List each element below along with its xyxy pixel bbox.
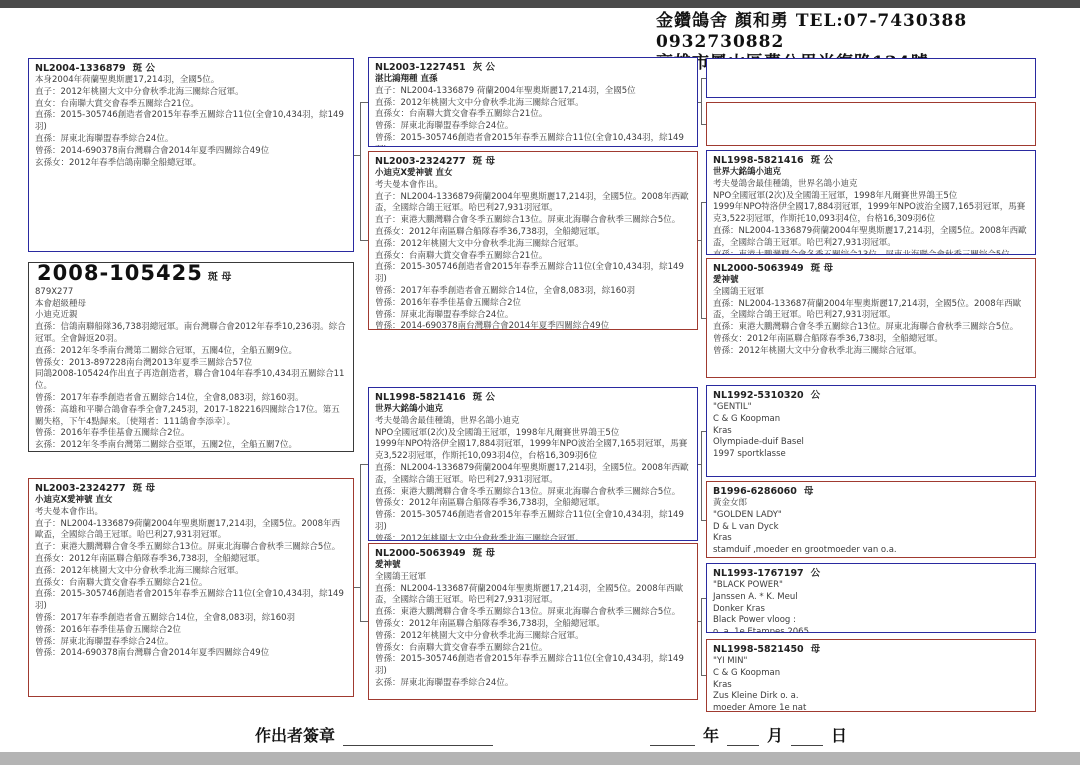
text-line: 玄孫：2012年冬季南台灣第二關綜合亞軍，五關2位，全船五關7位。 <box>35 440 347 452</box>
achievement-lines: "BLACK POWER"Janssen A. * K. MeulDonker … <box>713 580 1029 633</box>
text-line: 曾孫女：2012年南區聯合船隊春季36,738羽，全船總冠軍。 <box>713 334 1029 346</box>
sex-label: 斑 母 <box>133 483 155 494</box>
text-line: "GOLDEN LADY" <box>713 510 1029 522</box>
ring-number: 2008-105425斑 母 <box>37 268 347 285</box>
ring-text: NL1998-5821416 <box>375 392 466 403</box>
text-line: 曾孫：2017年春季創造者會五關綜合14位，全會8,083羽，綜160羽 <box>35 613 347 625</box>
ring-number: NL1998-5821450母 <box>713 643 1029 656</box>
pedigree-box-dam-sire: NL1998-5821416斑 公 世界大銘鴿小迪克 考夫曼鴿舍最佳種鴿，世界名… <box>368 387 698 541</box>
ring-text: NL2003-2324277 <box>375 156 466 167</box>
text-line: 曾孫：屏東北海聯盟春季綜合24位。 <box>375 310 691 322</box>
pedigree-box-dam-dam-sire: NL1993-1767197公 "BLACK POWER"Janssen A. … <box>706 563 1036 633</box>
ring-number: B1996-6286060母 <box>713 485 1029 498</box>
text-line: stamduif ,moeder en grootmoeder van o.a. <box>713 545 1029 557</box>
pedigree-box-dam-sire-sire: NL1992-5310320公 "GENTIL"C & G KoopmanKra… <box>706 385 1036 477</box>
connector-line <box>360 102 368 103</box>
pigeon-name: 愛神號 <box>713 275 1029 287</box>
connector-line <box>360 240 368 241</box>
connector-line <box>701 202 706 203</box>
text-line: 曾孫：2015-305746創造者會2015年春季五關綜合11位(全會10,43… <box>375 654 691 678</box>
text-line: 黃金女郎 <box>713 498 1029 510</box>
signature-label: 作出者簽章 <box>255 726 335 745</box>
pedigree-box-sire: NL2004-1336879斑 公 本身2004年荷蘭聖奧斯麗17,214羽，全… <box>28 58 354 252</box>
text-line: Kras <box>713 533 1029 545</box>
ring-text: NL2000-5063949 <box>375 548 466 559</box>
ring-text: NL1998-5821450 <box>713 644 804 655</box>
pigeon-name: 世界大銘鴿小迪克 <box>375 404 691 416</box>
achievement-lines: 全國鴿王冠軍直孫：NL2004-133687荷蘭2004年聖奧斯麗17,214羽… <box>713 287 1029 358</box>
text-line: 直孫女：台南聯大賞交會春季五關綜合21位。 <box>375 109 691 121</box>
text-line: 直孫：2015-305746創造者會2015年春季五關綜合11位(全會10,43… <box>35 589 347 613</box>
text-line: 直孫：東港大鵬灣聯合會冬季五關綜合13位。屏東北海聯合會秋季三關綜合5位。 <box>713 322 1029 334</box>
sex-label: 斑 母 <box>473 548 495 559</box>
connector-line <box>360 621 368 622</box>
sex-label: 斑 公 <box>133 63 155 74</box>
achievement-lines: "YI MIN"C & G KoopmanKrasZus Kleine Dirk… <box>713 656 1029 712</box>
ring-text: NL1992-5310320 <box>713 390 804 401</box>
connector-line <box>701 78 706 79</box>
text-line: 直女：台南聯大賞交會春季五關綜合21位。 <box>35 99 347 111</box>
text-line: 考夫曼鴿舍最佳種鴿，世界名鴿小迪克 <box>375 416 691 428</box>
sex-label: 斑 公 <box>473 392 495 403</box>
pedigree-box-dam-dam-dam: NL1998-5821450母 "YI MIN"C & G KoopmanKra… <box>706 639 1036 712</box>
pigeon-name: 愛神號 <box>375 560 691 572</box>
pedigree-box-sire-dam-sire: NL1998-5821416斑 公 世界大銘鴿小迪克 考夫曼鴿舍最佳種鴿，世界名… <box>706 150 1036 255</box>
text-line: 直孫女：2012年南區聯合船隊春季36,738羽，全船總冠軍。 <box>35 554 347 566</box>
text-line: 直子：東港大鵬灣聯合會冬季五關綜合13位。屏東北海聯合會秋季三關綜合5位。 <box>375 215 691 227</box>
month-label: 月 <box>767 723 783 746</box>
achievement-lines: 黃金女郎"GOLDEN LADY"D & L van DyckKrasstamd… <box>713 498 1029 557</box>
achievement-lines: 考夫曼鴿舍最佳種鴿，世界名鴿小迪克NPO全國冠軍(2次)及全國鴿王冠軍，1998… <box>713 179 1029 255</box>
sex-label: 母 <box>804 486 814 497</box>
text-line: 曾孫：2012年桃園大文中分會秋季北海三關綜合冠軍。 <box>375 534 691 541</box>
pedigree-box-dam-sire-dam: B1996-6286060母 黃金女郎"GOLDEN LADY"D & L va… <box>706 481 1036 558</box>
text-line: 直孫女：台南聯大賞交會春季五關綜合21位。 <box>375 251 691 263</box>
text-line: 直孫：東港大鵬灣聯合會冬季五關綜合13位。屏東北海聯合會秋季三關綜合5位。 <box>375 607 691 619</box>
text-line: 曾孫：2014-690378南台灣聯合會2014年夏季四關綜合49位 <box>375 321 691 330</box>
month-blank-line[interactable] <box>727 729 759 746</box>
text-line: 直孫：東港大鵬灣聯合會冬季五關綜合13位。屏東北海聯合會秋季三關綜合5位。 <box>375 487 691 499</box>
connector-line <box>360 464 368 465</box>
text-line: 直子：東港大鵬灣聯合會冬季五關綜合13位。屏東北海聯合會秋季三關綜合5位。 <box>35 542 347 554</box>
text-line: 曾孫：2012年桃園大文中分會秋季北海三關綜合冠軍。 <box>375 631 691 643</box>
text-line: 曾孫：2016年春季佳基會五關綜合2位 <box>375 298 691 310</box>
pigeon-name: 小迪克X愛神號 直女 <box>35 495 347 507</box>
pedigree-box-sire-sire-dam-empty <box>706 102 1036 146</box>
sex-label: 斑 母 <box>811 263 833 274</box>
text-line: 直孫：2012年桃園大文中分會秋季北海三關綜合冠軍。 <box>35 566 347 578</box>
text-line: "BLACK POWER" <box>713 580 1029 592</box>
text-line: 直子：NL2004-1336879荷蘭2004年聖奧斯麗17,214羽，全國5位… <box>375 192 691 216</box>
text-line: "YI MIN" <box>713 656 1029 668</box>
sex-label: 斑 公 <box>811 155 833 166</box>
pedigree-box-sire-sire: NL2003-1227451灰 公 湛比鴻翔種 直孫 直子：NL2004-133… <box>368 57 698 147</box>
sex-label: 灰 公 <box>473 62 495 73</box>
text-line: Zus Kleine Dirk o. a. <box>713 691 1029 703</box>
ring-text: NL1998-5821416 <box>713 155 804 166</box>
text-line: 考夫曼鴿舍最佳種鴿，世界名鴿小迪克 <box>713 179 1029 191</box>
ring-text: B1996-6286060 <box>713 486 797 497</box>
text-line: moeder Amore 1e nat <box>713 703 1029 712</box>
pedigree-box-main: 2008-105425斑 母 879X277本會超級種母小迪克近親直孫：信鴿南聯… <box>28 262 354 452</box>
text-line: 直孫：2012年冬季南台灣第二關綜合冠軍，五關4位，全船五關9位。 <box>35 346 347 358</box>
text-line: 曾孫：2017年春季創造者會五關綜合14位，全會8,083羽，綜160羽。 <box>35 393 347 405</box>
text-line: 曾孫：2015-305746創造者會2015年春季五關綜合11位(全會10,43… <box>375 510 691 534</box>
text-line: Black Power vloog : <box>713 615 1029 627</box>
text-line: 同鴿2008-105424作出直子再造創造者，聯合會104年春季10,434羽五… <box>35 369 347 393</box>
ring-number: NL2003-2324277斑 母 <box>35 482 347 495</box>
ring-text: NL2004-1336879 <box>35 63 126 74</box>
ring-text: NL2003-2324277 <box>35 483 126 494</box>
text-line: 曾孫：高雄和平聯合鴿會春季全會7,245羽，2017-182216四關綜合17位… <box>35 405 347 429</box>
text-line: C & G Koopman <box>713 668 1029 680</box>
text-line: 全國鴿王冠軍 <box>375 572 691 584</box>
pedigree-box-dam: NL2003-2324277斑 母 小迪克X愛神號 直女 考夫曼本會作出。直子：… <box>28 478 354 697</box>
connector-line <box>701 520 706 521</box>
day-label: 日 <box>831 723 847 746</box>
connector-line <box>360 102 361 240</box>
sex-label: 公 <box>811 390 821 401</box>
text-line: NPO全國冠軍(2次)及全國鴿王冠軍，1998年凡爾賽世界鴿王5位 <box>713 191 1029 203</box>
ring-number: NL2004-1336879斑 公 <box>35 62 347 75</box>
signature-blank-line[interactable] <box>343 729 493 746</box>
text-line: 曾孫：2016年春季佳基會五關綜合2位。 <box>35 428 347 440</box>
ring-number: NL1998-5821416斑 公 <box>713 154 1029 167</box>
ring-text: NL2003-1227451 <box>375 62 466 73</box>
sex-label: 母 <box>811 644 821 655</box>
window-top-bar <box>0 0 1080 8</box>
text-line: Kras <box>713 680 1029 692</box>
text-line: 曾孫：2014-690378南台灣聯合會2014年夏季四關綜合49位 <box>35 648 347 660</box>
achievement-lines: "GENTIL"C & G KoopmanKrasOlympiade-duif … <box>713 402 1029 461</box>
ring-text: 2008-105425 <box>37 262 203 285</box>
connector-line <box>701 78 702 124</box>
text-line: 直孫：2015-305746創造者會2015年春季五關綜合11位(全會10,43… <box>375 262 691 286</box>
pedigree-box-dam-dam: NL2000-5063949斑 母 愛神號 全國鴿王冠軍直孫：NL2004-13… <box>368 543 698 700</box>
text-line: 直孫：東港大鵬灣聯合會冬季五關綜合13位。屏東北海聯合會秋季三關綜合5位。 <box>713 250 1029 255</box>
text-line: 本會超級種母 <box>35 299 347 311</box>
connector-line <box>701 318 706 319</box>
text-line: o. a. 1e Etampes 2065 <box>713 627 1029 633</box>
year-label: 年 <box>703 723 719 746</box>
text-line: 直孫：屏東北海聯盟春季綜合24位。 <box>35 134 347 146</box>
text-line: 直孫：信鴿南聯船隊36,738羽總冠軍。南台灣聯合會2012年春季10,236羽… <box>35 322 347 346</box>
text-line: NPO全國冠軍(2次)及全國鴿王冠軍，1998年凡爾賽世界鴿王5位 <box>375 428 691 440</box>
connector-line <box>701 598 706 599</box>
window-bottom-bar <box>0 752 1080 765</box>
sex-label: 斑 母 <box>208 272 231 283</box>
text-line: Donker Kras <box>713 604 1029 616</box>
text-line: 直孫：NL2004-133687荷蘭2004年聖奧斯麗17,214羽，全國5位。… <box>713 299 1029 323</box>
text-line: 玄孫：屏東北海聯盟春季綜合24位。 <box>375 678 691 690</box>
text-line: Kras <box>713 426 1029 438</box>
ring-number: NL2003-2324277斑 母 <box>375 155 691 168</box>
pedigree-box-sire-dam-dam: NL2000-5063949斑 母 愛神號 全國鴿王冠軍直孫：NL2004-13… <box>706 258 1036 378</box>
text-line: D & L van Dyck <box>713 522 1029 534</box>
sex-label: 公 <box>811 568 821 579</box>
pigeon-name: 湛比鴻翔種 直孫 <box>375 74 691 86</box>
achievement-lines: 本身2004年荷蘭聖奧斯麗17,214羽，全國5位。直子：2012年桃園大文中分… <box>35 75 347 169</box>
text-line: 879X277 <box>35 287 347 299</box>
text-line: 直子：2012年桃園大文中分會秋季北海三關綜合冠軍。 <box>35 87 347 99</box>
text-line: 1999年NPO特洛伊全國17,884羽冠軍，1999年NPO波治全國7,165… <box>713 202 1029 226</box>
connector-line <box>701 598 702 675</box>
text-line: 直子：NL2004-1336879荷蘭2004年聖奧斯麗17,214羽，全國5位… <box>35 519 347 543</box>
achievement-lines: 考夫曼本會作出。直子：NL2004-1336879荷蘭2004年聖奧斯麗17,2… <box>375 180 691 330</box>
text-line: 曾孫：屏東北海聯盟春季綜合24位。 <box>35 637 347 649</box>
text-line: 考夫曼本會作出。 <box>35 507 347 519</box>
signature-area: 作出者簽章 <box>255 723 493 746</box>
text-line: 曾孫女：2012年南區聯合船隊春季36,738羽，全船總冠軍。 <box>375 498 691 510</box>
pedigree-box-sire-sire-sire-empty <box>706 58 1036 98</box>
connector-line <box>701 431 706 432</box>
text-line: "GENTIL" <box>713 402 1029 414</box>
text-line: 曾孫：2016年春季佳基會五關綜合2位 <box>35 625 347 637</box>
text-line: 直子：NL2004-1336879 荷蘭2004年聖奧斯麗17,214羽，全國5… <box>375 86 691 98</box>
ring-number: NL1998-5821416斑 公 <box>375 391 691 404</box>
loft-name-and-phone: 金鑽鴿舍 顏和勇 TEL:07-7430388 0932730882 <box>656 11 1080 53</box>
text-line: C & G Koopman <box>713 414 1029 426</box>
achievement-lines: 考夫曼鴿舍最佳種鴿，世界名鴿小迪克NPO全國冠軍(2次)及全國鴿王冠軍，1998… <box>375 416 691 541</box>
achievement-lines: 考夫曼本會作出。直子：NL2004-1336879荷蘭2004年聖奧斯麗17,2… <box>35 507 347 660</box>
ring-number: NL1993-1767197公 <box>713 567 1029 580</box>
pedigree-box-sire-dam: NL2003-2324277斑 母 小迪克X愛神號 直女 考夫曼本會作出。直子：… <box>368 151 698 330</box>
text-line: 小迪克近親 <box>35 310 347 322</box>
text-line: 直孫女：台南聯大賞交會春季五關綜合21位。 <box>35 578 347 590</box>
connector-line <box>701 675 706 676</box>
text-line: 全國鴿王冠軍 <box>713 287 1029 299</box>
year-blank-line[interactable] <box>650 729 695 746</box>
text-line: Janssen A. * K. Meul <box>713 592 1029 604</box>
sex-label: 斑 母 <box>473 156 495 167</box>
text-line: 1997 sportklasse <box>713 449 1029 461</box>
date-area: 年 月 日 <box>650 723 847 746</box>
ring-text: NL2000-5063949 <box>713 263 804 274</box>
ring-number: NL2000-5063949斑 母 <box>713 262 1029 275</box>
day-blank-line[interactable] <box>791 729 823 746</box>
text-line: 曾孫：2014-690378南台灣聯合會2014年夏季四關綜合49位 <box>35 146 347 158</box>
pigeon-name: 世界大銘鴿小迪克 <box>713 167 1029 179</box>
connector-line <box>701 124 706 125</box>
text-line: 曾孫女：2012年南區聯合船隊春季36,738羽，全船總冠軍。 <box>375 619 691 631</box>
achievement-lines: 全國鴿王冠軍直孫：NL2004-133687荷蘭2004年聖奧斯麗17,214羽… <box>375 572 691 690</box>
connector-line <box>360 464 361 621</box>
connector-line <box>701 431 702 520</box>
text-line: 曾孫女：台南聯大賞交會春季五關綜合21位。 <box>375 643 691 655</box>
text-line: 直孫：2012年桃園大文中分會秋季北海三關綜合冠軍。 <box>375 239 691 251</box>
achievement-lines: 直子：NL2004-1336879 荷蘭2004年聖奧斯麗17,214羽，全國5… <box>375 86 691 147</box>
ring-number: NL2000-5063949斑 母 <box>375 547 691 560</box>
pigeon-name: 小迪克X愛神號 直女 <box>375 168 691 180</box>
text-line: 本身2004年荷蘭聖奧斯麗17,214羽，全國5位。 <box>35 75 347 87</box>
text-line: 曾孫：屏東北海聯盟春季綜合24位。 <box>375 121 691 133</box>
text-line: Olympiade-duif Basel <box>713 437 1029 449</box>
text-line: 直孫：2012年桃園大文中分會秋季北海三關綜合冠軍。 <box>375 98 691 110</box>
achievement-lines: 879X277本會超級種母小迪克近親直孫：信鴿南聯船隊36,738羽總冠軍。南台… <box>35 287 347 452</box>
ring-number: NL1992-5310320公 <box>713 389 1029 402</box>
text-line: 直孫女：2012年南區聯合船隊春季36,738羽，全船總冠軍。 <box>375 227 691 239</box>
ring-number: NL2003-1227451灰 公 <box>375 61 691 74</box>
text-line: 直孫：NL2004-133687荷蘭2004年聖奧斯麗17,214羽，全國5位。… <box>375 584 691 608</box>
text-line: 曾孫：2012年桃園大文中分會秋季北海三關綜合冠軍。 <box>713 346 1029 358</box>
ring-text: NL1993-1767197 <box>713 568 804 579</box>
text-line: 考夫曼本會作出。 <box>375 180 691 192</box>
text-line: 直孫：NL2004-1336879荷蘭2004年聖奧斯麗17,214羽，全國5位… <box>375 463 691 487</box>
text-line: 直孫：NL2004-1336879荷蘭2004年聖奧斯麗17,214羽，全國5位… <box>713 226 1029 250</box>
text-line: 曾孫女：2013-897228南台灣2013年夏季三關綜合57位 <box>35 358 347 370</box>
text-line: 1999年NPO特洛伊全國17,884羽冠軍，1999年NPO波治全國7,165… <box>375 439 691 463</box>
text-line: 直孫：2015-305746創造者會2015年春季五關綜合11位(全會10,43… <box>35 110 347 134</box>
text-line: 曾孫：2017年春季創造者會五關綜合14位，全會8,083羽，綜160羽 <box>375 286 691 298</box>
connector-line <box>701 202 702 318</box>
text-line: 玄孫女：2012年春季信鴿南聯全船總冠軍。 <box>35 158 347 170</box>
text-line: 曾孫：2015-305746創造者會2015年春季五關綜合11位(全會10,43… <box>375 133 691 147</box>
